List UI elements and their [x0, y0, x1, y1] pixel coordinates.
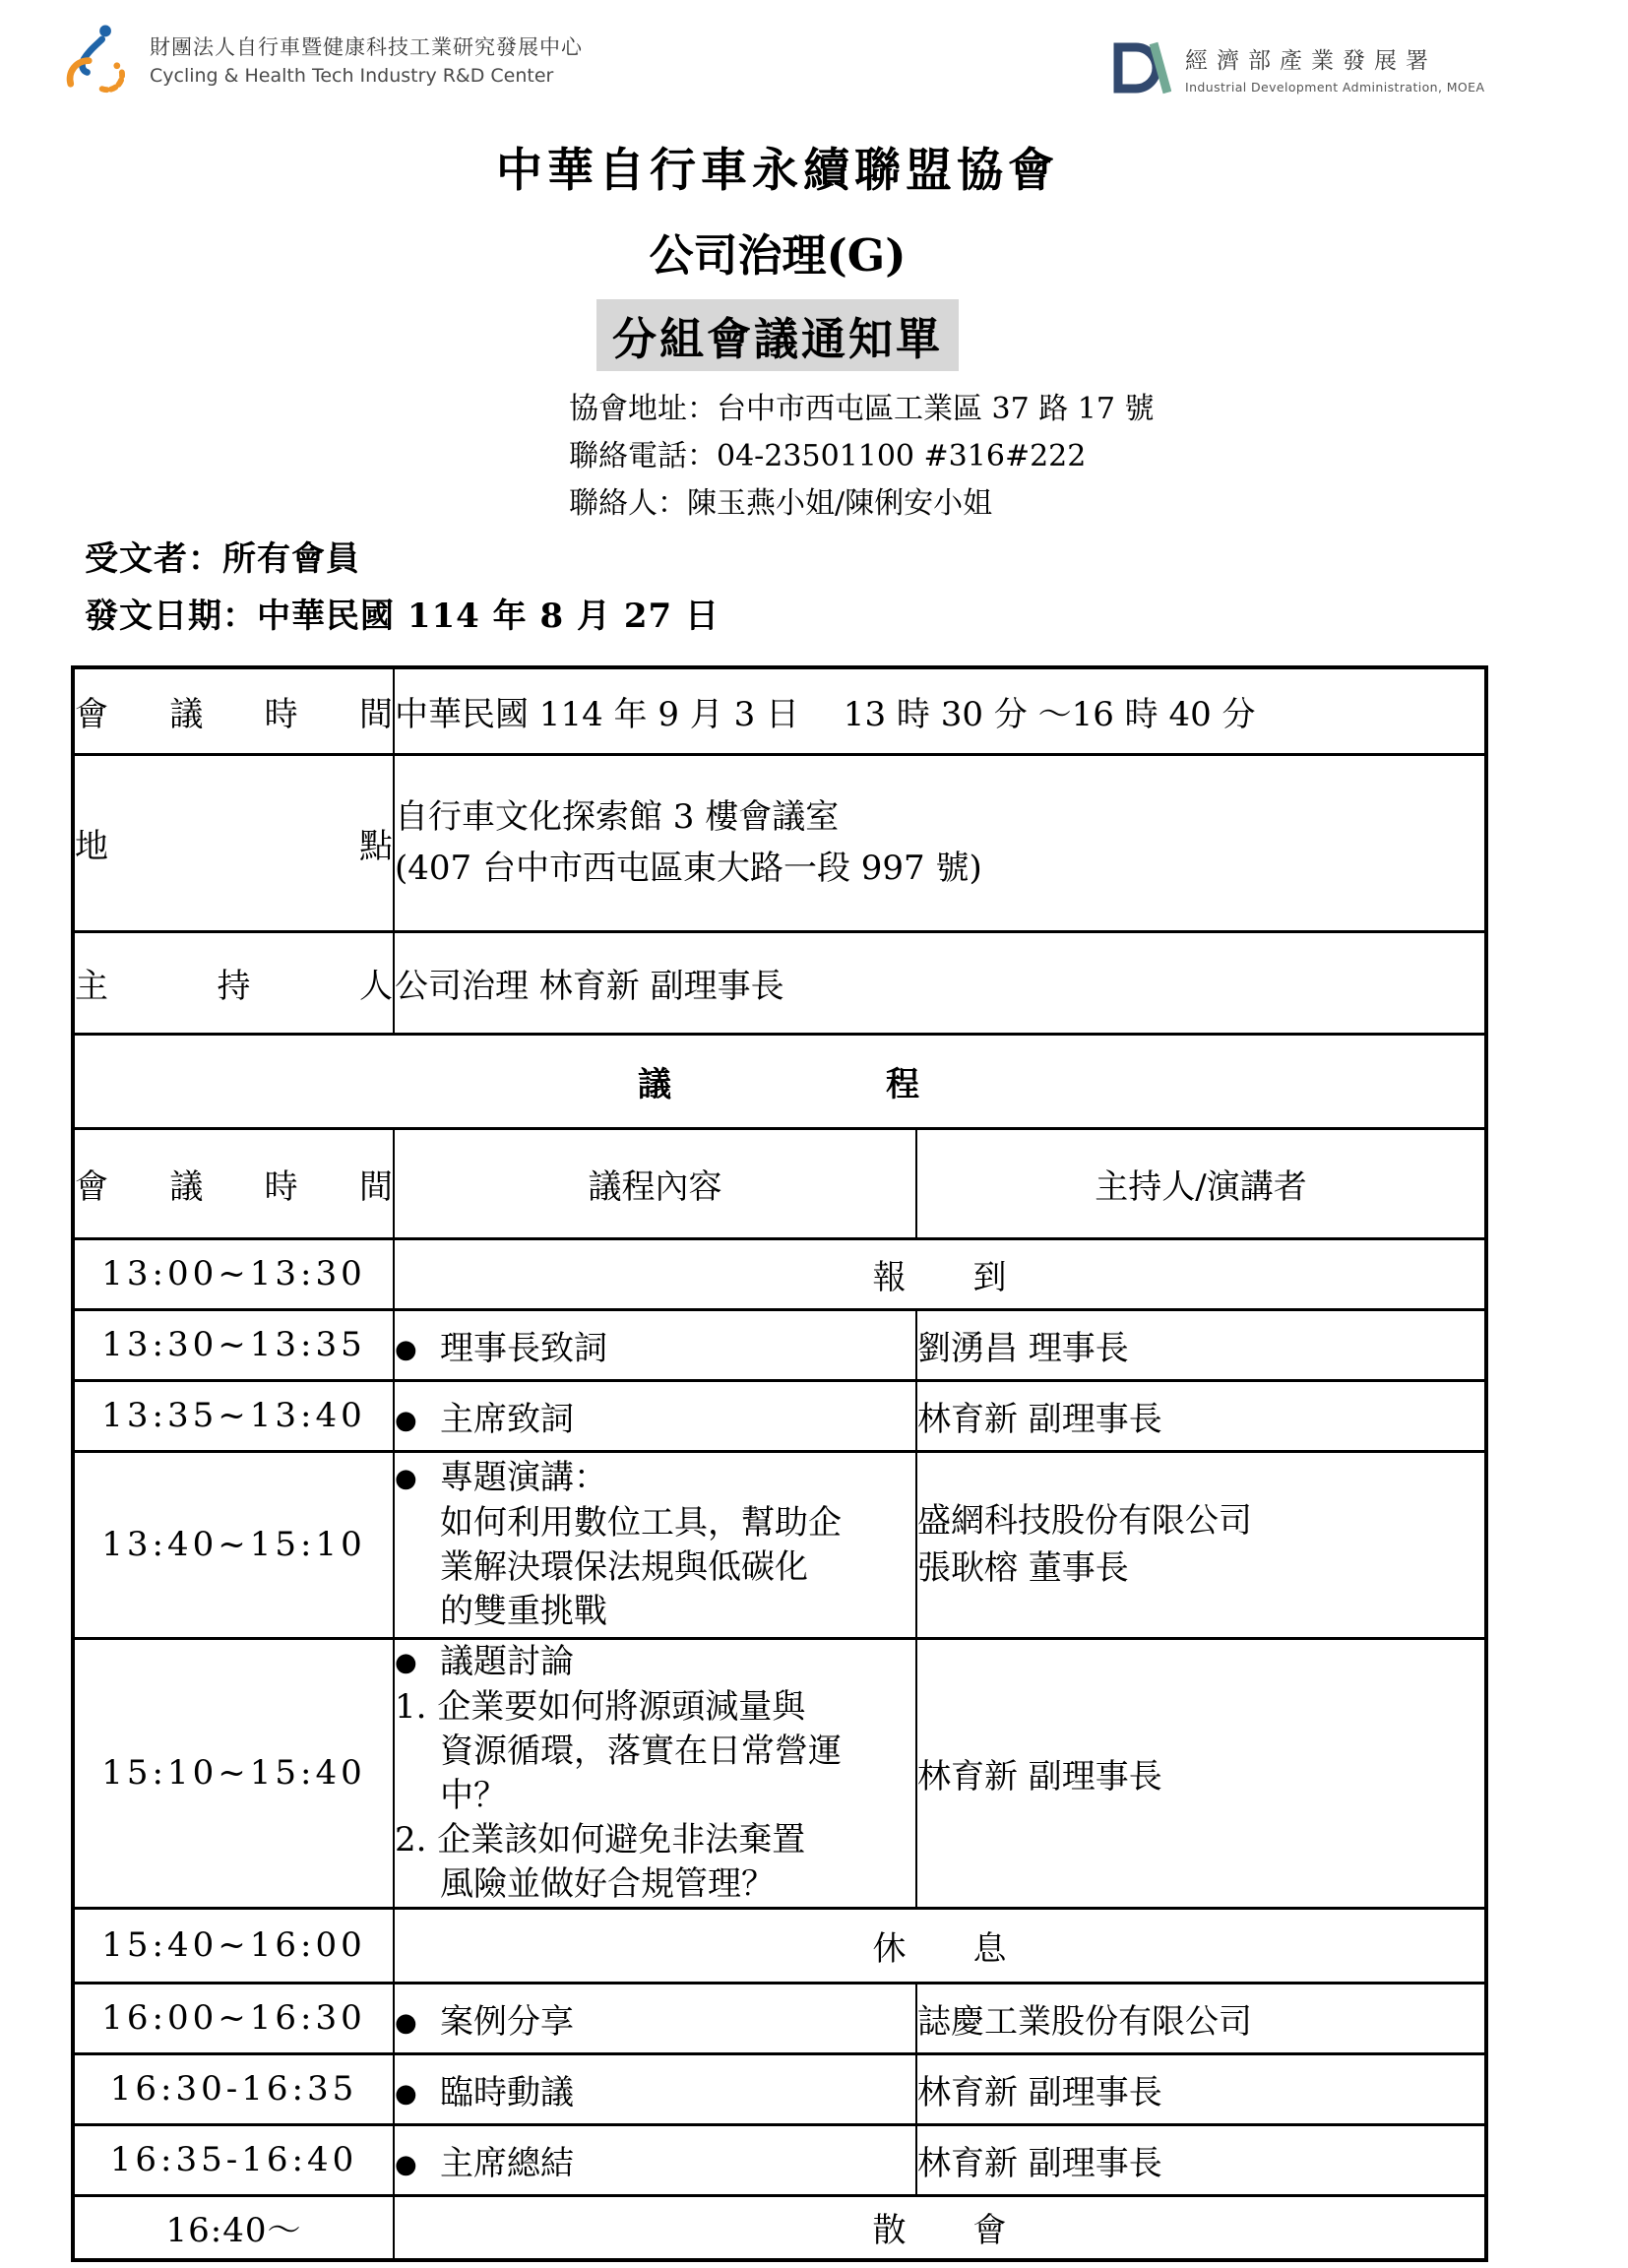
agenda-item-text: 案例分享 — [440, 2002, 574, 2042]
agenda-header-time: 會議時間 — [73, 1128, 394, 1238]
agenda-row-motions: 16:30-16:35 ●臨時動議 林育新 副理事長 — [73, 2053, 1486, 2124]
agenda-merged-break: 休 息 — [394, 1908, 1486, 1983]
agenda-item-text: 主席致詞 — [440, 1400, 574, 1439]
keynote-line: 業解決環保法規與低碳化 — [395, 1545, 915, 1590]
bullet-icon: ● — [395, 1457, 440, 1501]
agenda-row-break: 15:40~16:00 休 息 — [73, 1908, 1486, 1983]
agenda-row-case-sharing: 16:00~16:30 ●案例分享 誌慶工業股份有限公司 — [73, 1983, 1486, 2053]
meeting-time-label: 會議時間 — [73, 667, 394, 754]
agenda-row-keynote: 13:40~15:10 ●專題演講： 如何利用數位工具，幫助企 業解決環保法規與… — [73, 1451, 1486, 1638]
agenda-speaker: 劉湧昌 理事長 — [916, 1309, 1486, 1380]
location-label: 地點 — [73, 754, 394, 931]
location-line-1: 自行車文化探索館 3 樓會議室 — [395, 791, 1484, 843]
keynote-title-line: ●專題演講： — [395, 1456, 915, 1501]
agenda-merged-checkin: 報 到 — [394, 1238, 1486, 1309]
agenda-time: 16:40～ — [73, 2195, 394, 2260]
document-page: 財團法人自行車暨健康科技工業研究發展中心 Cycling & Health Te… — [0, 0, 1628, 2268]
agenda-time: 13:30~13:35 — [73, 1309, 394, 1380]
chairperson-value: 公司治理 林育新 副理事長 — [394, 931, 1486, 1034]
agenda-item-discussion: ●議題討論 1. 企業要如何將源頭減量與 資源循環，落實在日常營運 中？ 2. … — [394, 1638, 916, 1908]
governance-subtitle: 公司治理(G) — [71, 220, 1484, 283]
agenda-speaker: 林育新 副理事長 — [916, 2124, 1486, 2195]
contact-block: 協會地址：台中市西屯區工業區 37 路 17 號 聯絡電話：04-2350110… — [569, 386, 1155, 528]
agenda-row-chairman-speech: 13:30~13:35 ●理事長致詞 劉湧昌 理事長 — [73, 1309, 1486, 1380]
agenda-row-adjourn: 16:40～ 散 會 — [73, 2195, 1486, 2260]
title-block: 中華自行車永續聯盟協會 公司治理(G) 分組會議通知單 — [71, 134, 1484, 371]
agenda-item-text: 主席總結 — [440, 2144, 574, 2183]
rd-center-logo: 財團法人自行車暨健康科技工業研究發展中心 Cycling & Health Te… — [59, 18, 583, 100]
notice-title-highlighted: 分組會議通知單 — [596, 299, 959, 371]
keynote-speaker-company: 盛網科技股份有限公司 — [917, 1497, 1484, 1544]
discussion-line: 中？ — [395, 1774, 915, 1818]
ida-name-en: Industrial Development Administration, M… — [1185, 80, 1484, 94]
agenda-speaker: 林育新 副理事長 — [916, 2053, 1486, 2124]
agenda-row-summary: 16:35-16:40 ●主席總結 林育新 副理事長 — [73, 2124, 1486, 2195]
rd-center-name-en: Cycling & Health Tech Industry R&D Cente… — [150, 65, 583, 87]
location-line-2: (407 台中市西屯區東大路一段 997 號) — [395, 843, 1484, 894]
agenda-row-checkin: 13:00~13:30 報 到 — [73, 1238, 1486, 1309]
agenda-header-row: 會議時間 議程內容 主持人/演講者 — [73, 1128, 1486, 1238]
agenda-item: ●案例分享 — [394, 1983, 916, 2053]
rd-center-name-cjk: 財團法人自行車暨健康科技工業研究發展中心 — [150, 31, 583, 61]
agenda-time: 16:00~16:30 — [73, 1983, 394, 2053]
bullet-icon: ● — [395, 1335, 440, 1364]
bullet-icon: ● — [395, 2008, 440, 2038]
agenda-header-content: 議程內容 — [394, 1128, 916, 1238]
meeting-time-row: 會議時間 中華民國 114 年 9 月 3 日 13 時 30 分 ～16 時 … — [73, 667, 1486, 754]
ida-logo-icon — [1110, 39, 1171, 96]
meeting-time-value: 中華民國 114 年 9 月 3 日 13 時 30 分 ～16 時 40 分 — [394, 667, 1486, 754]
chairperson-label: 主持人 — [73, 931, 394, 1034]
discussion-title-text: 議題討論 — [440, 1642, 574, 1681]
agenda-row-discussion: 15:10~15:40 ●議題討論 1. 企業要如何將源頭減量與 資源循環，落實… — [73, 1638, 1486, 1908]
bullet-icon: ● — [395, 1641, 440, 1685]
contact-phone: 聯絡電話：04-23501100 #316#222 — [569, 433, 1155, 480]
association-title: 中華自行車永續聯盟協會 — [71, 134, 1484, 200]
agenda-item-text: 理事長致詞 — [440, 1329, 607, 1368]
keynote-speaker-name: 張耿榕 董事長 — [917, 1544, 1484, 1592]
agenda-time: 13:35~13:40 — [73, 1380, 394, 1451]
agenda-item: ●主席致詞 — [394, 1380, 916, 1451]
agenda-item-text: 臨時動議 — [440, 2073, 574, 2112]
agenda-speaker: 林育新 副理事長 — [916, 1638, 1486, 1908]
discussion-line: 資源循環，落實在日常營運 — [395, 1730, 915, 1774]
agenda-time: 16:30-16:35 — [73, 2053, 394, 2124]
recipient-line: 受文者：所有會員 — [85, 532, 360, 580]
keynote-line: 的雙重挑戰 — [395, 1590, 915, 1634]
agenda-time: 16:35-16:40 — [73, 2124, 394, 2195]
agenda-item: ●臨時動議 — [394, 2053, 916, 2124]
chairperson-row: 主持人 公司治理 林育新 副理事長 — [73, 931, 1486, 1034]
bullet-icon: ● — [395, 2079, 440, 2109]
ida-name-cjk: 經濟部產業發展署 — [1185, 42, 1484, 75]
agenda-banner: 議 程 — [73, 1034, 1486, 1128]
issue-date-line: 發文日期：中華民國 114 年 8 月 27 日 — [85, 589, 720, 637]
discussion-line: 風險並做好合規管理？ — [395, 1862, 915, 1907]
discussion-line: 1. 企業要如何將源頭減量與 — [395, 1685, 915, 1730]
agenda-header-speaker: 主持人/演講者 — [916, 1128, 1486, 1238]
agenda-time: 13:40~15:10 — [73, 1451, 394, 1638]
agenda-speaker: 林育新 副理事長 — [916, 1380, 1486, 1451]
location-row: 地點 自行車文化探索館 3 樓會議室 (407 台中市西屯區東大路一段 997 … — [73, 754, 1486, 931]
bullet-icon: ● — [395, 1406, 440, 1435]
agenda-row-host-speech: 13:35~13:40 ●主席致詞 林育新 副理事長 — [73, 1380, 1486, 1451]
agenda-speaker: 誌慶工業股份有限公司 — [916, 1983, 1486, 2053]
agenda-time: 15:40~16:00 — [73, 1908, 394, 1983]
agenda-speaker-keynote: 盛網科技股份有限公司 張耿榕 董事長 — [916, 1451, 1486, 1638]
meeting-notice-table: 會議時間 中華民國 114 年 9 月 3 日 13 時 30 分 ～16 時 … — [71, 665, 1488, 2262]
contact-person: 聯絡人：陳玉燕小姐/陳俐安小姐 — [569, 480, 1155, 528]
association-address: 協會地址：台中市西屯區工業區 37 路 17 號 — [569, 386, 1155, 433]
agenda-item: ●理事長致詞 — [394, 1309, 916, 1380]
agenda-merged-adjourn: 散 會 — [394, 2195, 1486, 2260]
bullet-icon: ● — [395, 2150, 440, 2179]
agenda-item: ●主席總結 — [394, 2124, 916, 2195]
agenda-time: 15:10~15:40 — [73, 1638, 394, 1908]
location-value: 自行車文化探索館 3 樓會議室 (407 台中市西屯區東大路一段 997 號) — [394, 754, 1486, 931]
agenda-banner-row: 議 程 — [73, 1034, 1486, 1128]
cyclist-logo-icon — [59, 18, 142, 100]
discussion-title-line: ●議題討論 — [395, 1640, 915, 1685]
agenda-item-keynote: ●專題演講： 如何利用數位工具，幫助企 業解決環保法規與低碳化 的雙重挑戰 — [394, 1451, 916, 1638]
discussion-line: 2. 企業該如何避免非法棄置 — [395, 1818, 915, 1862]
keynote-line: 如何利用數位工具，幫助企 — [395, 1501, 915, 1545]
agenda-time: 13:00~13:30 — [73, 1238, 394, 1309]
keynote-title-text: 專題演講： — [440, 1458, 607, 1497]
ida-moea-logo: 經濟部產業發展署 Industrial Development Administ… — [1110, 39, 1484, 96]
